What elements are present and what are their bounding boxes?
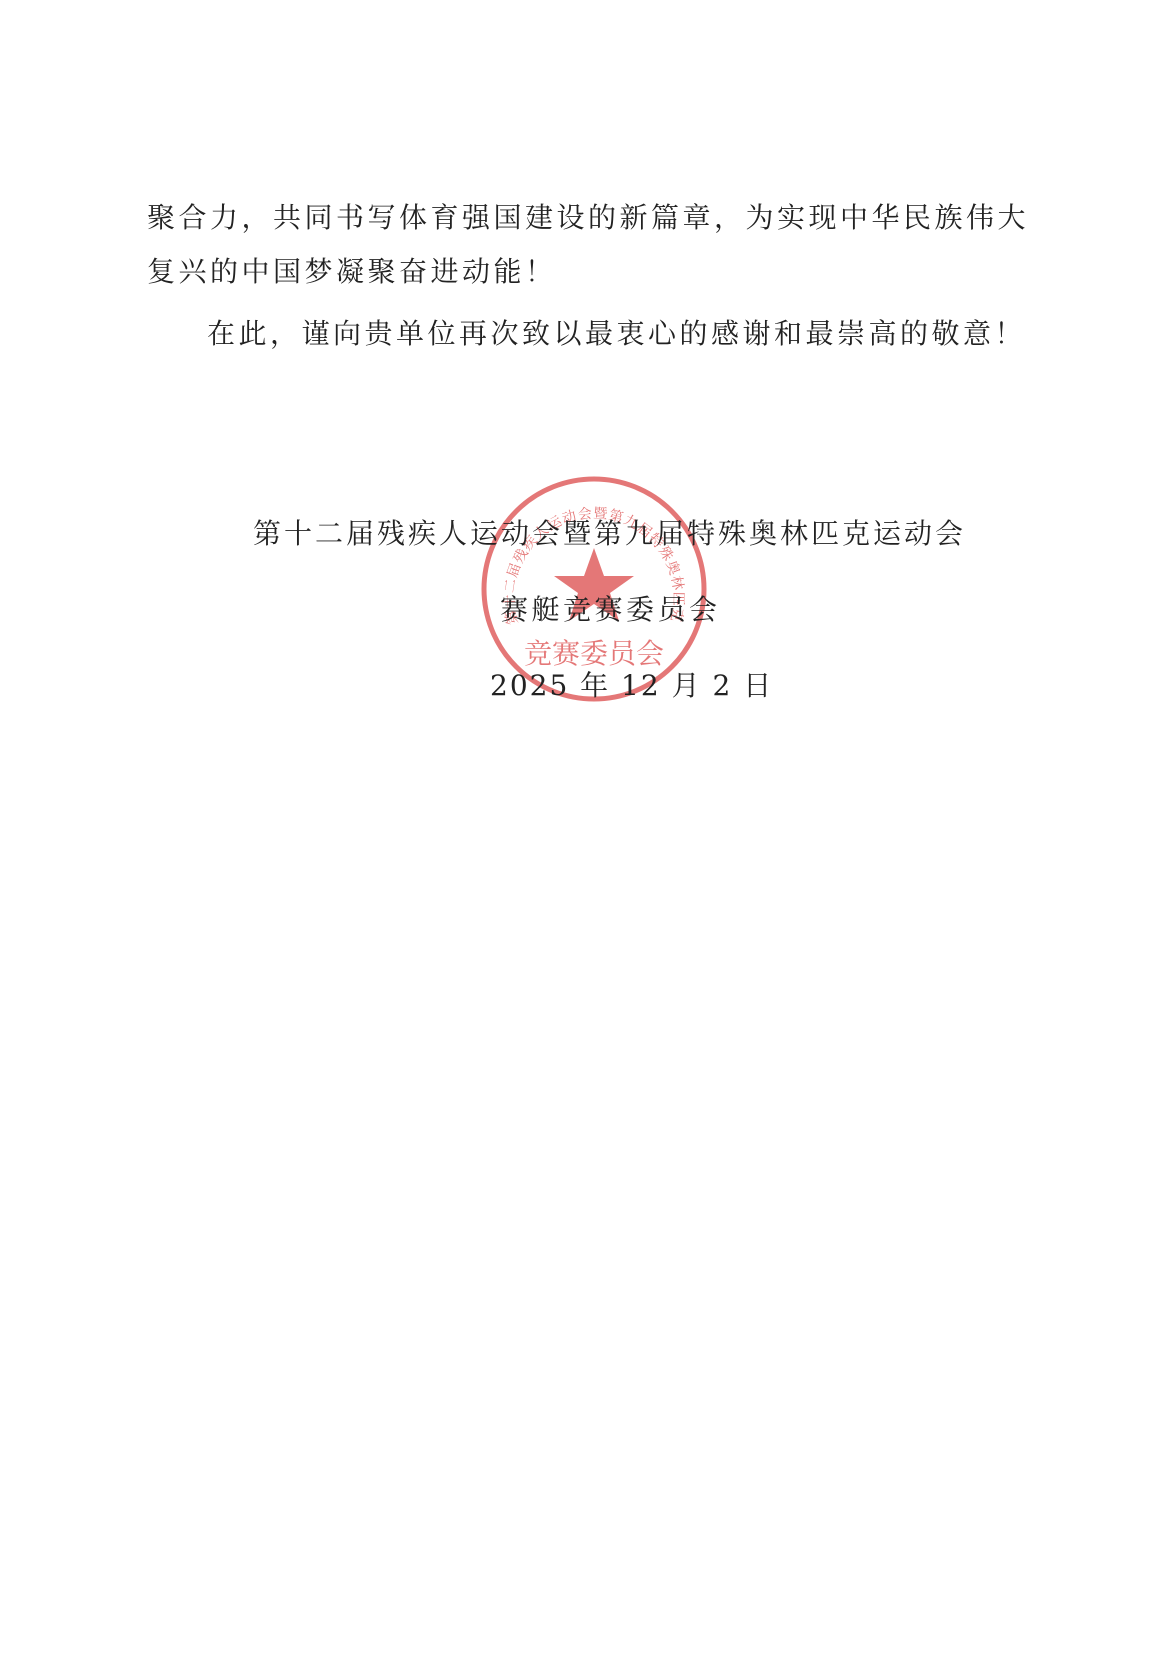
body-paragraph-line-2: 复兴的中国梦凝聚奋进动能！: [147, 250, 557, 290]
closing-paragraph: 在此，谨向贵单位再次致以最衷心的感谢和最崇高的敬意！: [207, 312, 1026, 352]
body-paragraph-line-1: 聚合力，共同书写体育强国建设的新篇章，为实现中华民族伟大: [147, 196, 1029, 236]
organization-name: 第十二届残疾人运动会暨第九届特殊奥林匹克运动会: [253, 512, 966, 552]
committee-name: 赛艇竞赛委员会: [500, 588, 721, 628]
signature-date: 2025 年 12 月 2 日: [490, 664, 773, 704]
